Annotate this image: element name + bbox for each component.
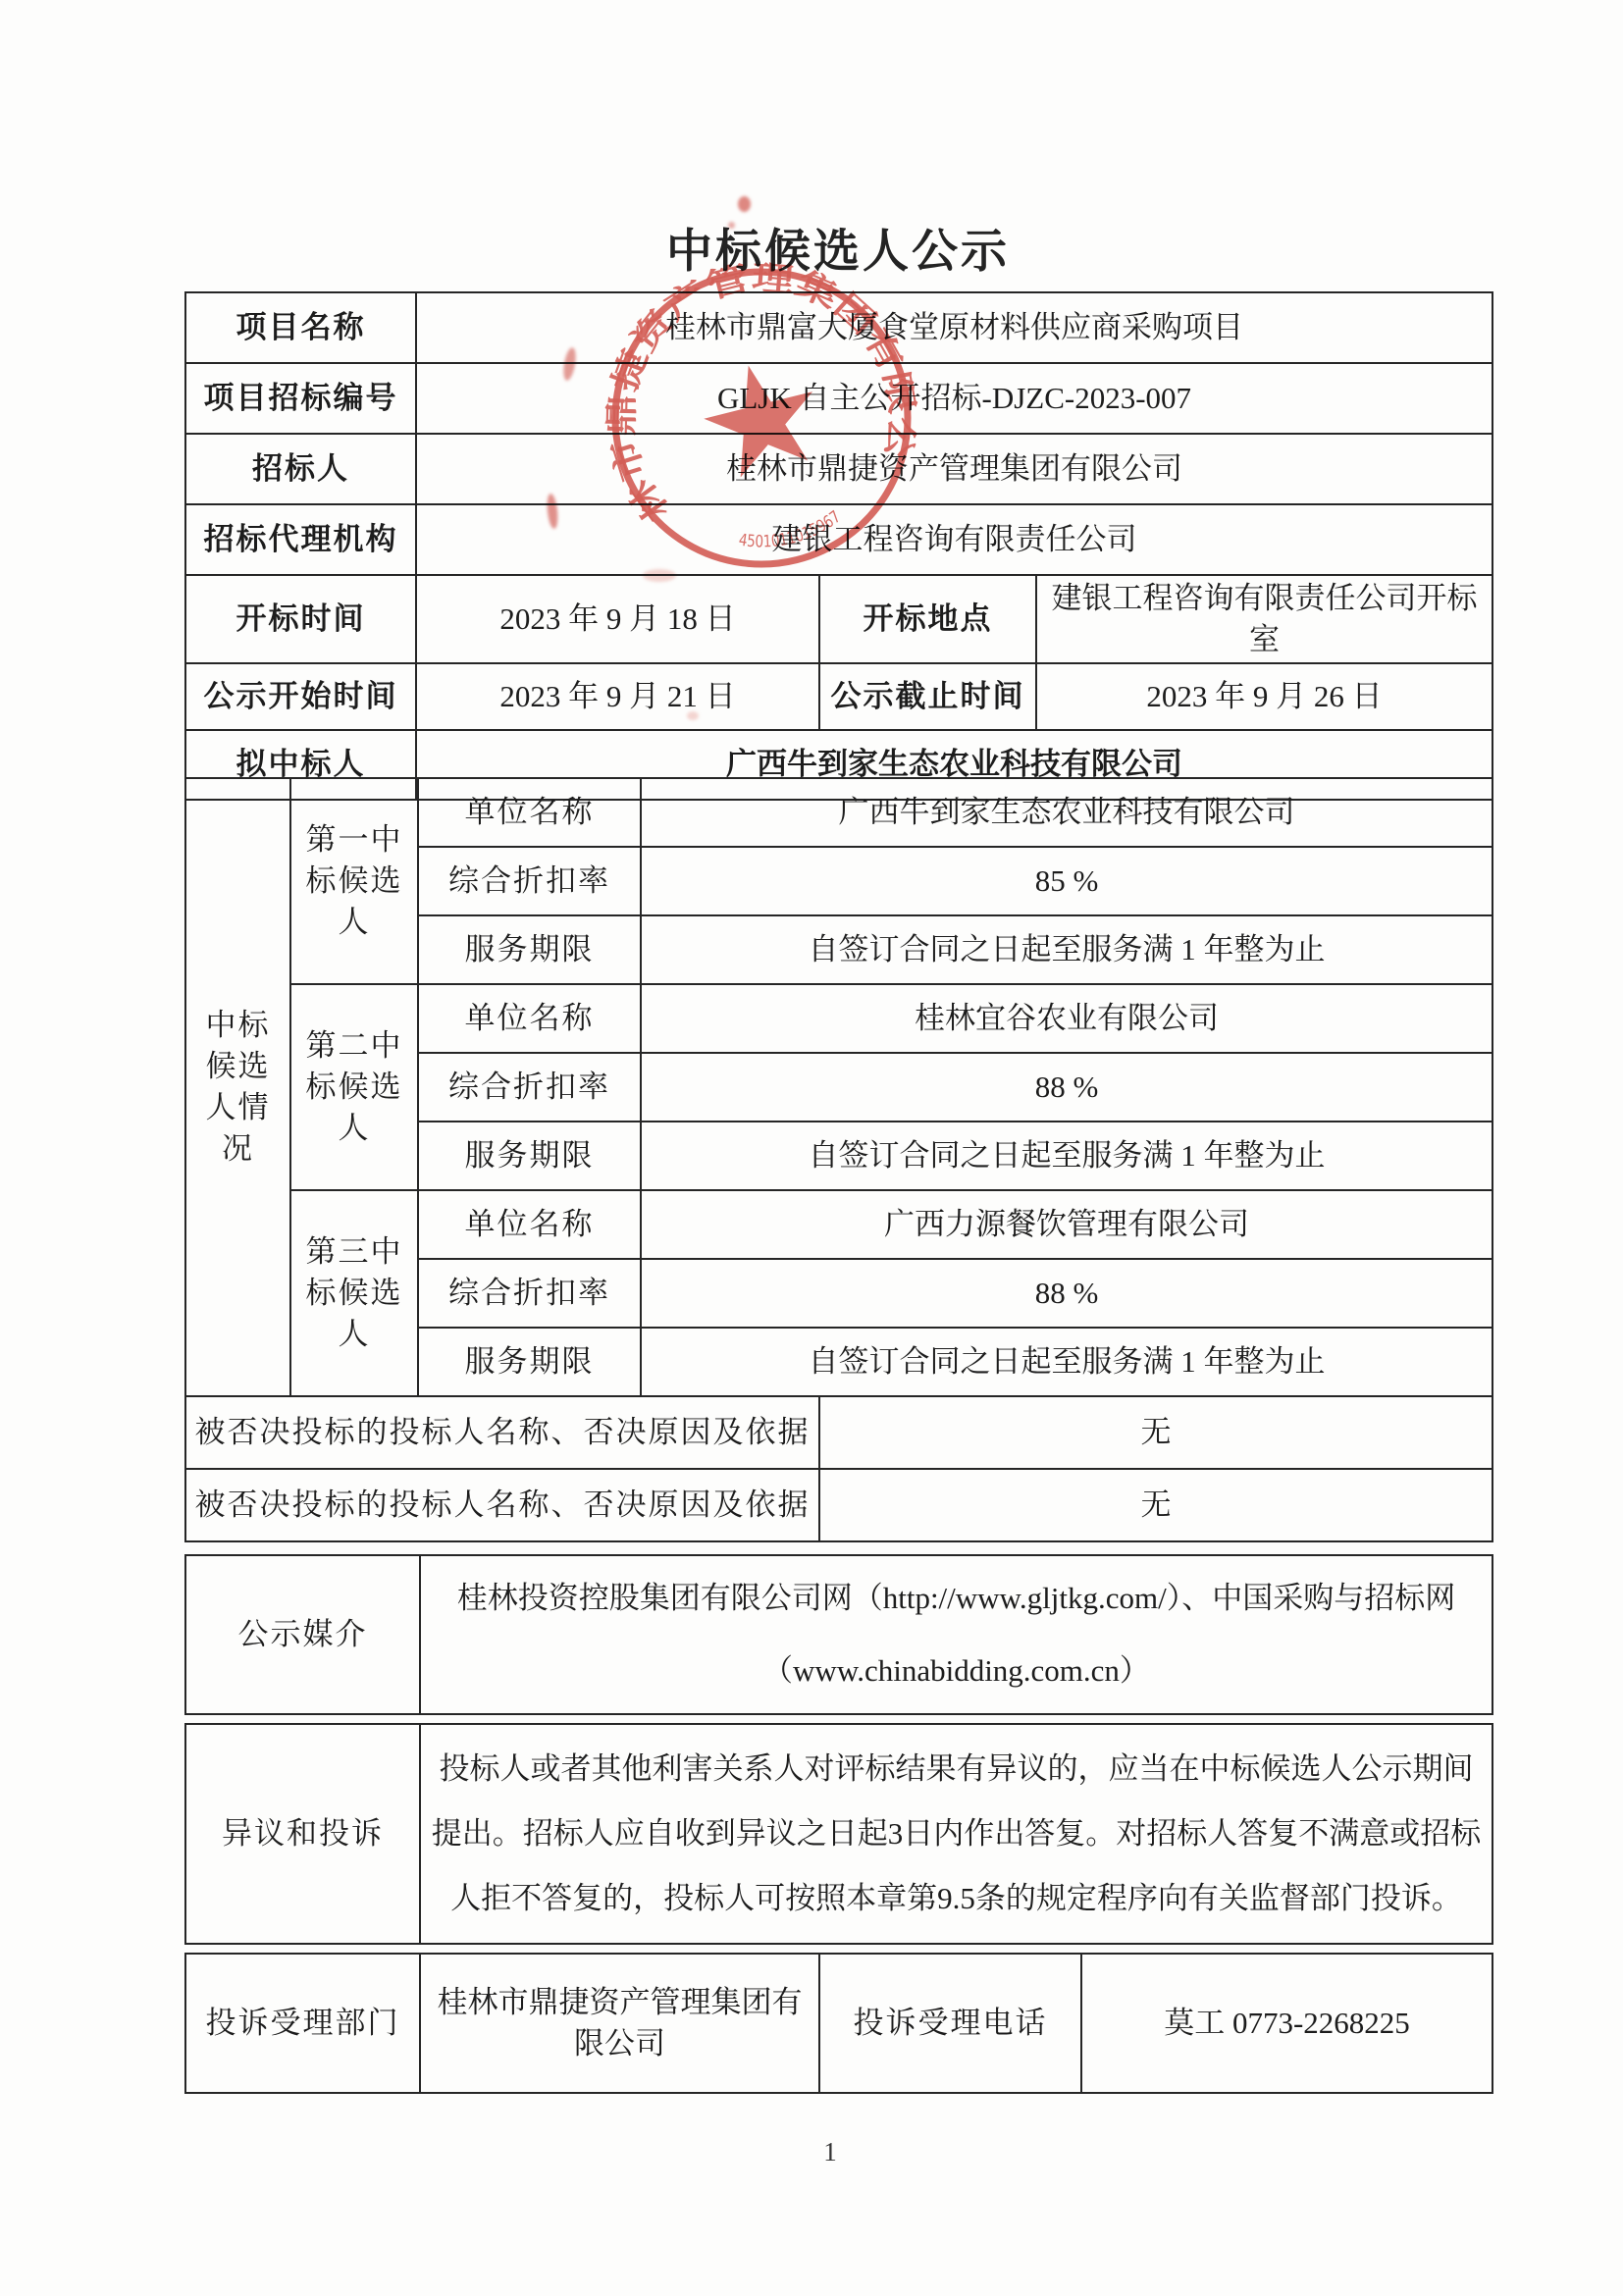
candidate-1-discount: 85 % [641,847,1492,915]
candidate-2-name: 桂林宜谷农业有限公司 [641,984,1492,1053]
rejected-1-value: 无 [819,1396,1492,1469]
candidate-1-rank: 第一中标候选人 [290,778,418,984]
candidate-2-service-label: 服务期限 [418,1122,641,1190]
candidate-3-name-label: 单位名称 [418,1190,641,1259]
objection-table: 异议和投诉 投标人或者其他利害关系人对评标结果有异议的，应当在中标候选人公示期间… [184,1723,1493,1945]
complaint-table: 投诉受理部门 桂林市鼎捷资产管理集团有限公司 投诉受理电话 莫工 0773-22… [184,1953,1493,2094]
publicity-start-value: 2023 年 9 月 21 日 [416,663,819,730]
candidate-1-service: 自签订合同之日起至服务满 1 年整为止 [641,915,1492,984]
publicity-start-label: 公示开始时间 [185,663,416,730]
rejected-bidders-table: 被否决投标的投标人名称、否决原因及依据 无 被否决投标的投标人名称、否决原因及依… [184,1395,1493,1542]
complaint-dept-value: 桂林市鼎捷资产管理集团有限公司 [420,1954,819,2093]
table-row: 被否决投标的投标人名称、否决原因及依据 无 [185,1469,1492,1541]
rejected-2-value: 无 [819,1469,1492,1541]
candidates-table: 中标候选人情况 第一中标候选人 单位名称 广西牛到家生态农业科技有限公司 综合折… [184,777,1493,1397]
candidate-2-discount: 88 % [641,1053,1492,1122]
table-row: 被否决投标的投标人名称、否决原因及依据 无 [185,1396,1492,1469]
open-place-label: 开标地点 [819,575,1036,663]
candidate-2-name-label: 单位名称 [418,984,641,1053]
project-name-label: 项目名称 [185,292,416,363]
objection-value: 投标人或者其他利害关系人对评标结果有异议的，应当在中标候选人公示期间提出。招标人… [420,1724,1492,1944]
media-label: 公示媒介 [185,1555,420,1714]
open-time-label: 开标时间 [185,575,416,663]
candidate-3-service-label: 服务期限 [418,1328,641,1396]
page-number: 1 [0,2137,1623,2167]
objection-text: 投标人或者其他利害关系人对评标结果有异议的，应当在中标候选人公示期间提出。招标人… [427,1737,1486,1931]
candidate-2-discount-label: 综合折扣率 [418,1053,641,1122]
publicity-media-table: 公示媒介 桂林投资控股集团有限公司网（http://www.gljtkg.com… [184,1554,1493,1715]
table-row: 第三中标候选人 单位名称 广西力源餐饮管理有限公司 [185,1190,1492,1259]
bid-number-value: GLJK 自主公开招标-DJZC-2023-007 [416,363,1492,434]
agency-value: 建银工程咨询有限责任公司 [416,504,1492,575]
project-info-table: 项目名称 桂林市鼎富大厦食堂原材料供应商采购项目 项目招标编号 GLJK 自主公… [184,291,1493,801]
candidate-3-rank: 第三中标候选人 [290,1190,418,1396]
candidate-1-name: 广西牛到家生态农业科技有限公司 [641,778,1492,847]
open-place-value: 建银工程咨询有限责任公司开标室 [1036,575,1492,663]
page-title: 中标候选人公示 [184,220,1492,283]
candidate-2-rank: 第二中标候选人 [290,984,418,1190]
table-row: 投诉受理部门 桂林市鼎捷资产管理集团有限公司 投诉受理电话 莫工 0773-22… [185,1954,1492,2093]
complaint-dept-label: 投诉受理部门 [185,1954,420,2093]
table-row: 开标时间 2023 年 9 月 18 日 开标地点 建银工程咨询有限责任公司开标… [185,575,1492,663]
candidate-1-service-label: 服务期限 [418,915,641,984]
rejected-1-label: 被否决投标的投标人名称、否决原因及依据 [185,1396,819,1469]
project-name-value: 桂林市鼎富大厦食堂原材料供应商采购项目 [416,292,1492,363]
tenderer-value: 桂林市鼎捷资产管理集团有限公司 [416,434,1492,504]
complaint-phone-value: 莫工 0773-2268225 [1081,1954,1492,2093]
publicity-end-label: 公示截止时间 [819,663,1036,730]
table-row: 异议和投诉 投标人或者其他利害关系人对评标结果有异议的，应当在中标候选人公示期间… [185,1724,1492,1944]
objection-label: 异议和投诉 [185,1724,420,1944]
document-page: 中标候选人公示 项目名称 桂林市鼎富大厦食堂原材料供应商采购项目 项目招标编号 … [0,0,1623,2296]
table-row: 招标代理机构 建银工程咨询有限责任公司 [185,504,1492,575]
ink-smudge [738,196,751,212]
candidate-1-discount-label: 综合折扣率 [418,847,641,915]
candidate-3-discount-label: 综合折扣率 [418,1259,641,1328]
bid-number-label: 项目招标编号 [185,363,416,434]
media-line-1: 桂林投资控股集团有限公司网（http://www.gljtkg.com/）、中国… [427,1562,1486,1635]
table-row: 公示开始时间 2023 年 9 月 21 日 公示截止时间 2023 年 9 月… [185,663,1492,730]
table-row: 中标候选人情况 第一中标候选人 单位名称 广西牛到家生态农业科技有限公司 [185,778,1492,847]
candidate-2-service: 自签订合同之日起至服务满 1 年整为止 [641,1122,1492,1190]
table-row: 项目招标编号 GLJK 自主公开招标-DJZC-2023-007 [185,363,1492,434]
table-row: 项目名称 桂林市鼎富大厦食堂原材料供应商采购项目 [185,292,1492,363]
candidate-3-service: 自签订合同之日起至服务满 1 年整为止 [641,1328,1492,1396]
tenderer-label: 招标人 [185,434,416,504]
open-time-value: 2023 年 9 月 18 日 [416,575,819,663]
rejected-2-label: 被否决投标的投标人名称、否决原因及依据 [185,1469,819,1541]
table-row: 第二中标候选人 单位名称 桂林宜谷农业有限公司 [185,984,1492,1053]
candidates-section-label: 中标候选人情况 [185,778,290,1396]
table-row: 公示媒介 桂林投资控股集团有限公司网（http://www.gljtkg.com… [185,1555,1492,1714]
media-value: 桂林投资控股集团有限公司网（http://www.gljtkg.com/）、中国… [420,1555,1492,1714]
candidate-1-name-label: 单位名称 [418,778,641,847]
candidate-3-discount: 88 % [641,1259,1492,1328]
media-line-2: （www.chinabidding.com.cn） [427,1635,1486,1707]
complaint-phone-label: 投诉受理电话 [819,1954,1081,2093]
agency-label: 招标代理机构 [185,504,416,575]
candidate-3-name: 广西力源餐饮管理有限公司 [641,1190,1492,1259]
table-row: 招标人 桂林市鼎捷资产管理集团有限公司 [185,434,1492,504]
publicity-end-value: 2023 年 9 月 26 日 [1036,663,1492,730]
